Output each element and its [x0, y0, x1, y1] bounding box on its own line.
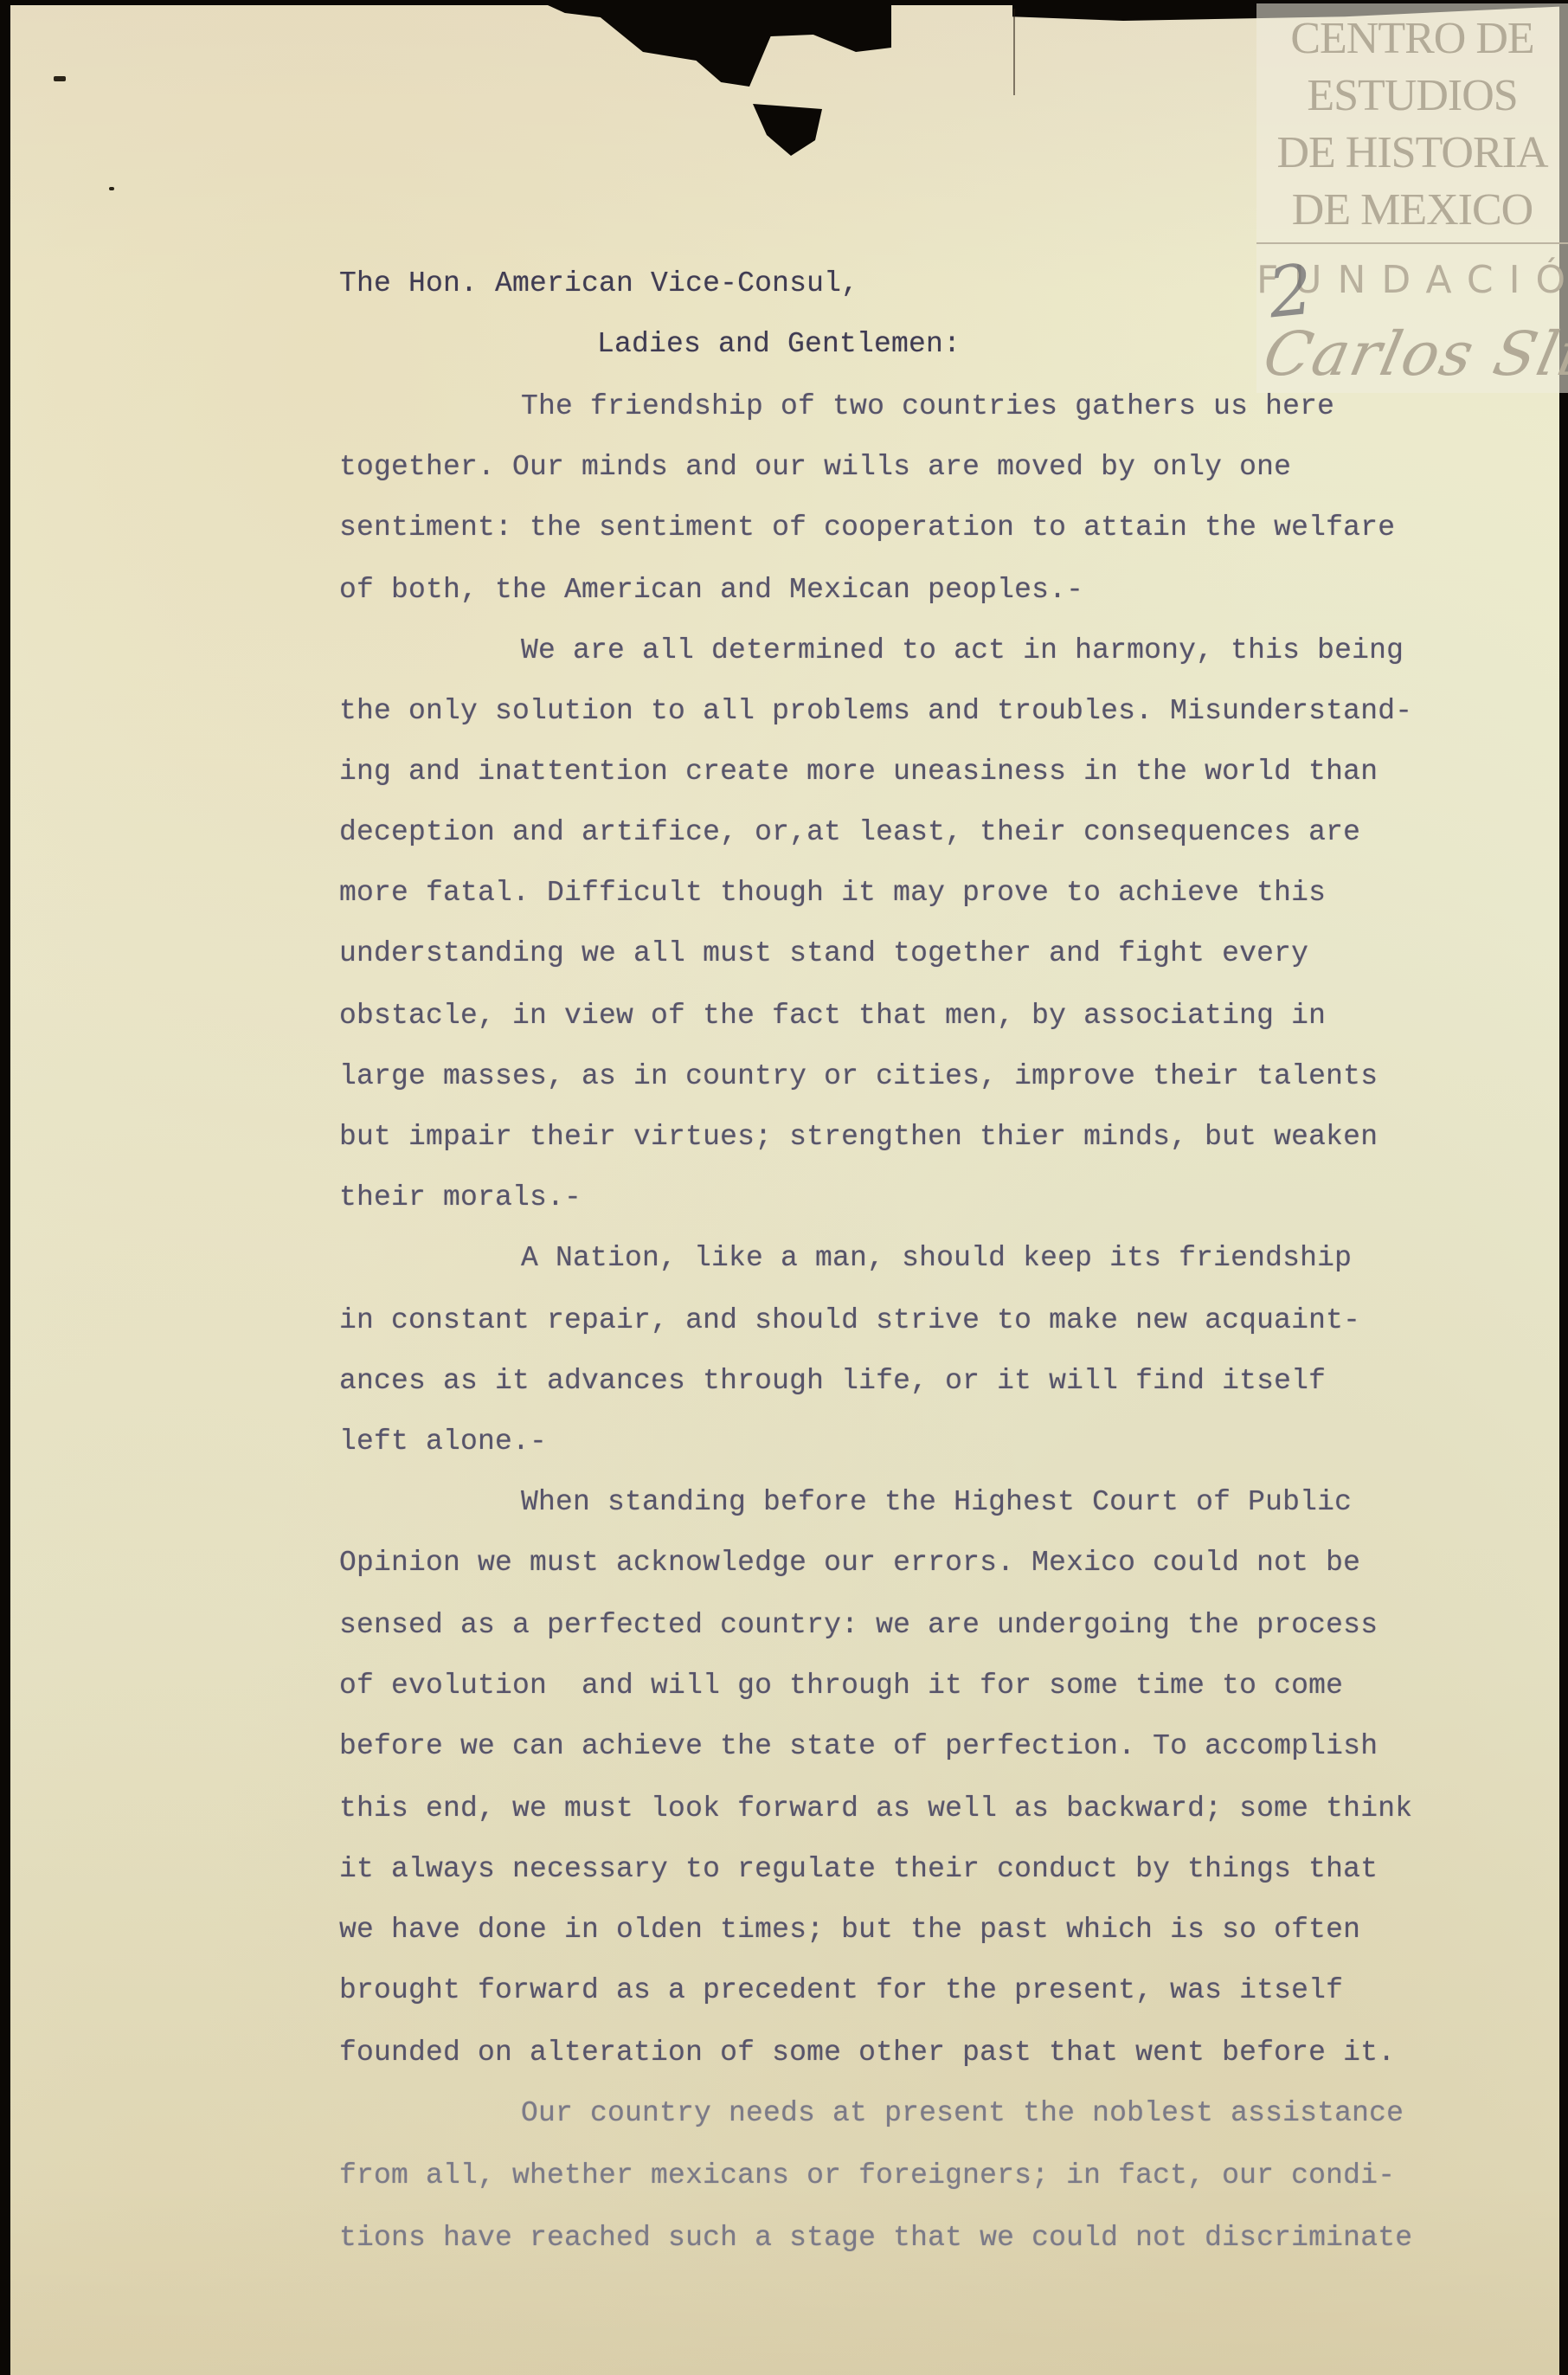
text-line: A Nation, like a man, should keep its fr… [521, 1239, 1352, 1278]
text-line: obstacle, in view of the fact that men, … [339, 997, 1326, 1035]
text-line: ing and inattention create more uneasine… [339, 753, 1378, 791]
paper-crease [1013, 9, 1015, 95]
text-line: before we can achieve the state of perfe… [339, 1728, 1378, 1766]
text-line: Opinion we must acknowledge our errors. … [339, 1544, 1360, 1582]
text-line: their morals.- [339, 1179, 582, 1217]
text-line: of both, the American and Mexican people… [339, 571, 1083, 609]
text-line: it always necessary to regulate their co… [339, 1850, 1378, 1889]
text-line: sentiment: the sentiment of cooperation … [339, 509, 1395, 547]
text-line: The friendship of two countries gathers … [521, 388, 1334, 426]
text-line: ances as it advances through life, or it… [339, 1362, 1326, 1400]
watermark-line: CENTRO DE [1256, 10, 1568, 68]
text-line: from all, whether mexicans or foreigners… [339, 2157, 1395, 2195]
paper-speck [54, 76, 66, 81]
text-line: left alone.- [339, 1423, 547, 1461]
text-line: in constant repair, and should strive to… [339, 1302, 1360, 1340]
document-scan: CENTRO DE ESTUDIOS DE HISTORIA DE MEXICO… [0, 0, 1568, 2375]
text-line: deception and artifice, or,at least, the… [339, 814, 1360, 852]
text-line: large masses, as in country or cities, i… [339, 1058, 1378, 1096]
text-line: When standing before the Highest Court o… [521, 1484, 1352, 1522]
watermark-divider [1256, 242, 1568, 244]
scan-border-left [0, 0, 10, 2375]
watermark-line: DE MEXICO [1256, 182, 1568, 239]
salutation: Ladies and Gentlemen: [597, 325, 961, 364]
text-line: Our country needs at present the noblest… [521, 2095, 1404, 2133]
text-line: brought forward as a precedent for the p… [339, 1972, 1343, 2010]
text-line: We are all determined to act in harmony,… [521, 632, 1404, 670]
paper-speck [109, 187, 114, 190]
text-line: the only solution to all problems and tr… [339, 692, 1412, 731]
archive-watermark: CENTRO DE ESTUDIOS DE HISTORIA DE MEXICO… [1256, 3, 1568, 393]
address-line: The Hon. American Vice-Consul, [339, 265, 858, 303]
text-line: this end, we must look forward as well a… [339, 1790, 1412, 1828]
text-line: together. Our minds and our wills are mo… [339, 448, 1291, 486]
text-line: but impair their virtues; strengthen thi… [339, 1118, 1378, 1156]
text-line: understanding we all must stand together… [339, 935, 1308, 973]
text-line: founded on alteration of some other past… [339, 2034, 1395, 2072]
text-line: of evolution and will go through it for … [339, 1667, 1343, 1705]
watermark-line: ESTUDIOS [1256, 68, 1568, 125]
text-line: we have done in olden times; but the pas… [339, 1911, 1360, 1949]
text-line: sensed as a perfected country: we are un… [339, 1606, 1378, 1644]
handwritten-page-number: 2 [1264, 249, 1316, 334]
text-line: tions have reached such a stage that we … [339, 2219, 1412, 2257]
text-line: more fatal. Difficult though it may prov… [339, 874, 1326, 912]
watermark-line: DE HISTORIA [1256, 125, 1568, 182]
